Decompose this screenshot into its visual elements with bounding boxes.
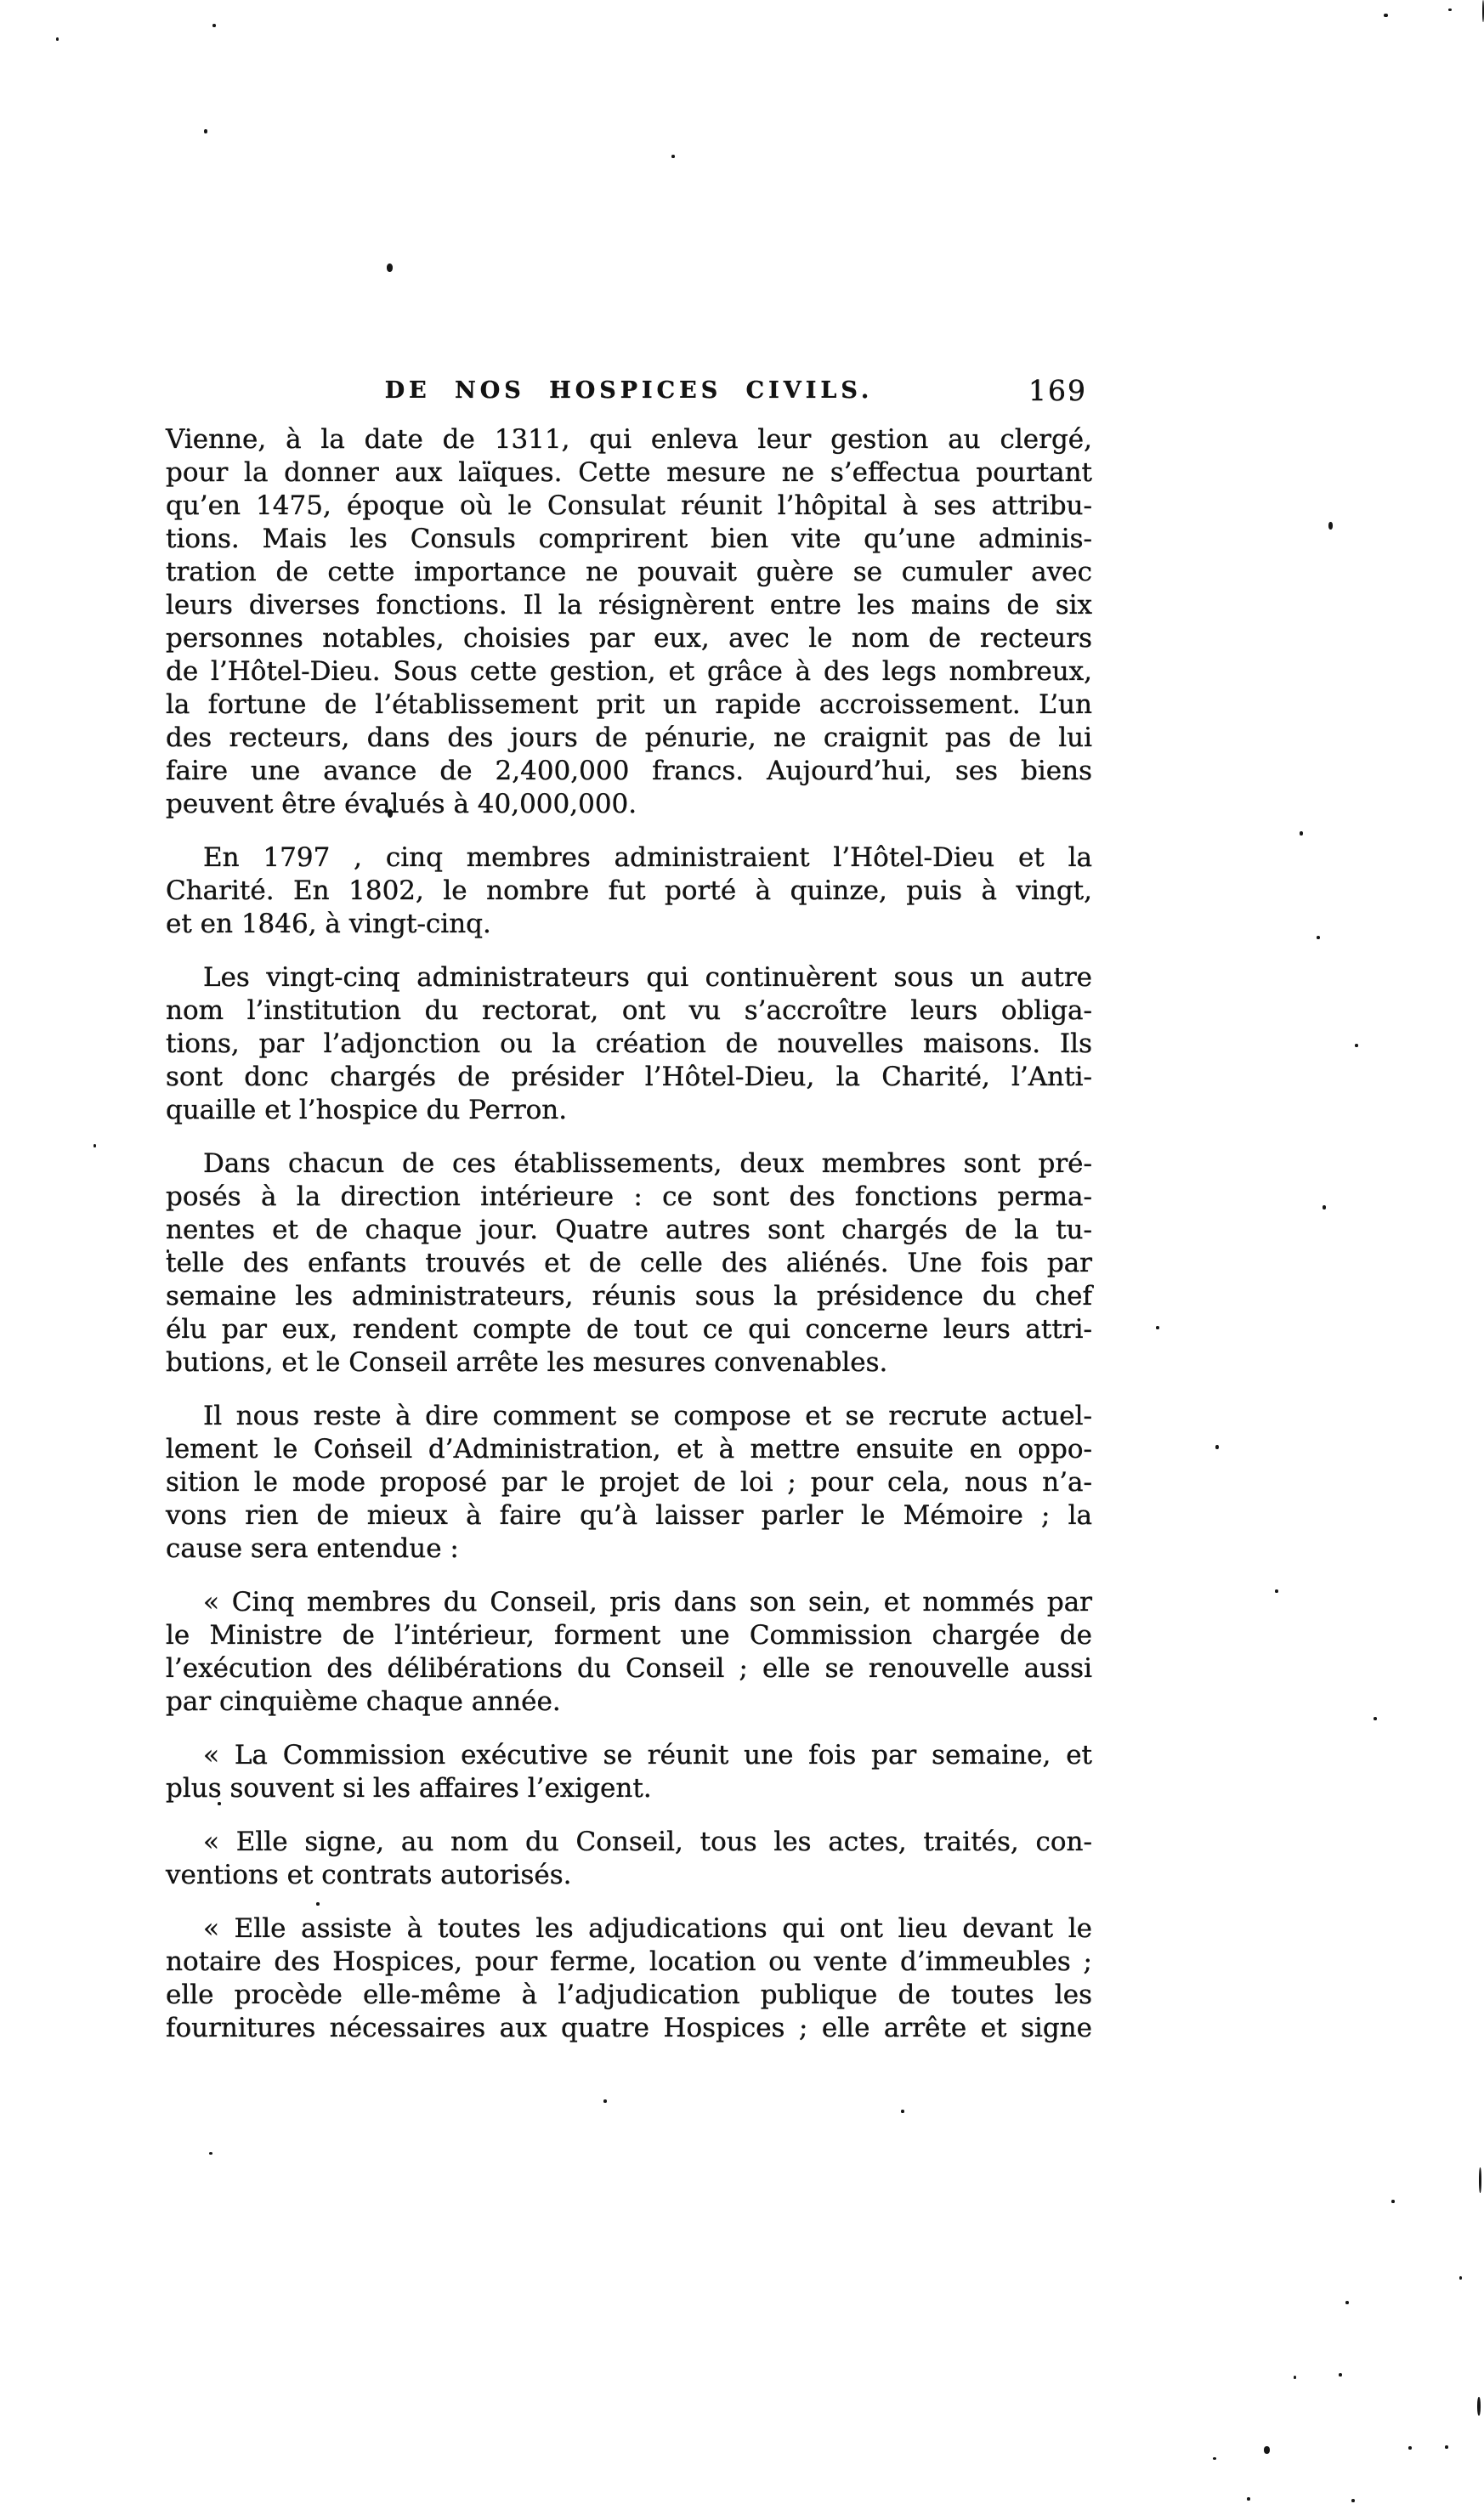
scan-speck (1215, 1445, 1219, 1449)
paragraph: « Elle assiste à toutes les adjudication… (166, 1912, 1092, 2045)
scan-speck (1384, 14, 1388, 17)
scan-speck (901, 2110, 904, 2113)
scan-speck (209, 2152, 212, 2155)
text-line: Les vingt-cinq administrateurs qui conti… (166, 961, 1092, 994)
text-line: « La Commission exécutive se réunit une … (166, 1739, 1092, 1772)
scan-speck (93, 1144, 96, 1147)
text-line: la fortune de l’établissement prit un ra… (166, 688, 1092, 722)
scan-speck (56, 37, 59, 41)
text-line: par cinquième chaque année. (166, 1685, 1092, 1719)
text-line: notaire des Hospices, pour ferme, locati… (166, 1946, 1092, 1979)
text-line: des recteurs, dans des jours de pénurie,… (166, 722, 1092, 755)
text-line: cause sera entendue : (166, 1532, 1092, 1566)
scan-speck (1408, 2446, 1412, 2450)
text-line: « Elle signe, au nom du Conseil, tous le… (166, 1826, 1092, 1859)
scan-speck (1477, 2397, 1481, 2416)
text-line: le Ministre de l’intérieur, forment une … (166, 1619, 1092, 1652)
text-line: Vienne, à la date de 1311, qui enleva le… (166, 423, 1092, 456)
scan-speck (1351, 2499, 1355, 2502)
scan-speck (1448, 8, 1452, 11)
scan-speck (388, 809, 393, 818)
text-line: ventions et contrats autorisés. (166, 1859, 1092, 1892)
scan-speck (212, 24, 216, 27)
text-line: lement le Conseil d’Administration, et à… (166, 1433, 1092, 1466)
text-line: Il nous reste à dire comment se compose … (166, 1400, 1092, 1433)
scan-speck (1247, 2497, 1250, 2501)
text-line: faire une avance de 2,400,000 francs. Au… (166, 755, 1092, 788)
text-line: qu’en 1475, époque où le Consulat réunit… (166, 490, 1092, 523)
text-line: sition le mode proposé par le projet de … (166, 1466, 1092, 1499)
scan-speck (316, 1902, 320, 1906)
text-line: nom l’institution du rectorat, ont vu s’… (166, 994, 1092, 1028)
running-title: DE NOS HOSPICES CIVILS. (166, 377, 1092, 404)
text-line: élu par eux, rendent compte de tout ce q… (166, 1313, 1092, 1346)
text-line: nentes et de chaque jour. Quatre autres … (166, 1214, 1092, 1247)
paragraph: Il nous reste à dire comment se compose … (166, 1400, 1092, 1566)
text-line: Charité. En 1802, le nombre fut porté à … (166, 875, 1092, 908)
text-line: « Elle assiste à toutes les adjudication… (166, 1912, 1092, 1946)
scan-speck (1391, 2200, 1395, 2203)
text-line: posés à la direction intérieure : ce son… (166, 1181, 1092, 1214)
text-line: vons rien de mieux à faire qu’à laisser … (166, 1499, 1092, 1532)
text-line: tions, par l’adjonction ou la création d… (166, 1028, 1092, 1061)
scan-speck (1300, 831, 1303, 836)
text-line: semaine les administrateurs, réunis sous… (166, 1280, 1092, 1313)
paragraph: « La Commission exécutive se réunit une … (166, 1739, 1092, 1805)
scan-speck (1479, 2167, 1481, 2193)
scan-speck (1445, 2445, 1448, 2449)
text-line: elle procède elle-même à l’adjudication … (166, 1979, 1092, 2012)
text-line: et en 1846, à vingt-cinq. (166, 908, 1092, 941)
scan-speck (1323, 1205, 1326, 1210)
scan-speck (387, 263, 393, 272)
scan-speck (603, 2099, 607, 2103)
text-line: sont donc chargés de présider l’Hôtel-Di… (166, 1061, 1092, 1094)
text-line: l’exécution des délibérations du Conseil… (166, 1652, 1092, 1685)
scan-speck (1275, 1589, 1278, 1593)
scan-speck (671, 155, 675, 158)
scan-speck (218, 1802, 221, 1805)
text-line: tration de cette importance ne pouvait g… (166, 556, 1092, 589)
paragraph: Dans chacun de ces établissements, deux … (166, 1147, 1092, 1379)
scan-speck (1374, 1717, 1377, 1720)
paragraph: Vienne, à la date de 1311, qui enleva le… (166, 423, 1092, 821)
text-line: tions. Mais les Consuls comprirent bien … (166, 523, 1092, 556)
text-line: butions, et le Conseil arrête les mesure… (166, 1346, 1092, 1379)
text-line: personnes notables, choisies par eux, av… (166, 622, 1092, 655)
scan-speck (1213, 2457, 1216, 2460)
text-line: pour la donner aux laïques. Cette mesure… (166, 456, 1092, 490)
scan-speck (1459, 2276, 1462, 2280)
text-line: plus souvent si les affaires l’exigent. (166, 1772, 1092, 1805)
text-line: de l’Hôtel-Dieu. Sous cette gestion, et … (166, 655, 1092, 688)
scan-speck (1294, 2376, 1296, 2379)
text-line: peuvent être évalués à 40,000,000. (166, 788, 1092, 821)
scan-speck (204, 129, 207, 133)
scan-speck (357, 1438, 360, 1442)
scan-speck (1345, 2301, 1349, 2304)
scan-speck (167, 1249, 169, 1253)
paragraph: « Cinq membres du Conseil, pris dans son… (166, 1586, 1092, 1719)
text-line: « Cinq membres du Conseil, pris dans son… (166, 1586, 1092, 1619)
scan-speck (1355, 1044, 1358, 1047)
scan-speck (1317, 936, 1320, 939)
scan-speck (1264, 2446, 1270, 2454)
scan-speck (1339, 2373, 1342, 2377)
text-line: Dans chacun de ces établissements, deux … (166, 1147, 1092, 1181)
scan-speck (1156, 1326, 1159, 1329)
paragraph: En 1797 , cinq membres administraient l’… (166, 841, 1092, 941)
text-line: leurs diverses fonctions. Il la résignèr… (166, 589, 1092, 622)
text-line: telle des enfants trouvés et de celle de… (166, 1247, 1092, 1280)
text-line: En 1797 , cinq membres administraient l’… (166, 841, 1092, 875)
paragraph: Les vingt-cinq administrateurs qui conti… (166, 961, 1092, 1127)
page-number: 169 (1028, 374, 1087, 407)
scan-speck (1328, 522, 1333, 530)
text-block: Vienne, à la date de 1311, qui enleva le… (166, 423, 1092, 2045)
text-line: fournitures nécessaires aux quatre Hospi… (166, 2012, 1092, 2045)
text-line: quaille et l’hospice du Perron. (166, 1094, 1092, 1127)
paragraph: « Elle signe, au nom du Conseil, tous le… (166, 1826, 1092, 1892)
page-header: DE NOS HOSPICES CIVILS. 169 (166, 377, 1092, 411)
